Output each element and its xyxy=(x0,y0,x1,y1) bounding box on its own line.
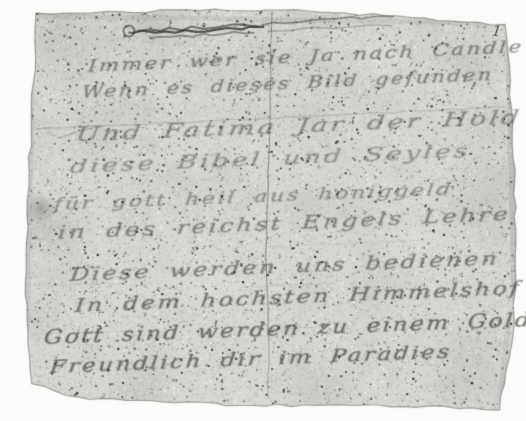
manuscript-photograph: Immer wer sie Ja nach Candle Wenn es die… xyxy=(0,0,526,421)
aged-paper-canvas xyxy=(0,0,526,421)
